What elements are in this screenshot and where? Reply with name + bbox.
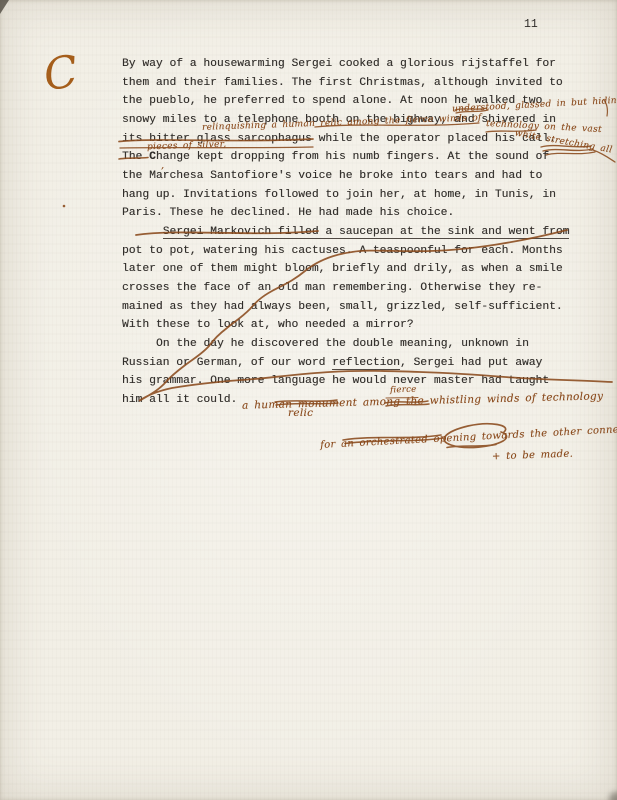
- handwritten-text: among the: [357, 395, 430, 409]
- typed-line: With these to look at, who needed a mirr…: [122, 316, 592, 335]
- margin-mark-c: C: [41, 46, 82, 101]
- bottom-note-2: for an orchestrated opening towards the …: [320, 422, 617, 451]
- bottom-note-2-tail: + to be made.: [492, 449, 573, 463]
- manuscript-page: 11 By way of a housewarming Sergei cooke…: [0, 0, 617, 800]
- handwritten-text: the other connections –: [524, 422, 617, 440]
- struck-handwriting: whistling: [430, 393, 482, 406]
- scan-corner-shadow-bottom: [609, 792, 617, 800]
- typed-text-segment: a saucepan at the sink and went from: [319, 226, 570, 238]
- typed-text-segment: hange kept dropping from his numb finger…: [156, 151, 549, 163]
- handwritten-text: all: [594, 143, 613, 156]
- inserted-comma-mark: ,: [161, 160, 164, 171]
- typed-line: Paris. These he declined. He had made hi…: [122, 204, 592, 223]
- typed-line: hang up. Invitations followed to join he…: [122, 186, 592, 205]
- overstruck-char: C: [149, 151, 156, 163]
- struck-handwriting: an orchestrated opening: [341, 431, 482, 449]
- underlined-text: Sergei Markovich filled a saucepan at th…: [163, 226, 570, 240]
- handwritten-text: for: [320, 439, 341, 451]
- struck-handwriting: towards: [482, 429, 526, 442]
- typed-line: pot to pot, watering his cactuses. A tea…: [122, 242, 592, 261]
- typed-line: By way of a housewarming Sergei cooked a…: [122, 55, 592, 74]
- typed-line: his grammar. One more language he would …: [122, 372, 592, 391]
- typed-text-segment: , Sergei had put away: [400, 357, 542, 369]
- pen-scribble-note2b: [447, 445, 496, 448]
- struck-text: Sergei Markovich filled: [163, 226, 319, 238]
- typed-line: the Marchesa Santofiore's voice he broke…: [122, 167, 592, 186]
- typed-text-segment: Russian or German, of our word: [122, 357, 332, 369]
- struck-text: The: [122, 151, 142, 163]
- ink-speck: [63, 205, 66, 208]
- typed-line: mained as they had always been, small, g…: [122, 298, 592, 317]
- typed-text-segment: [122, 226, 163, 238]
- page-number: 11: [524, 18, 538, 31]
- bottom-note-1-insert-below: relic: [288, 407, 313, 419]
- underlined-text: reflection: [332, 357, 400, 371]
- typed-line: later one of them might bloom, briefly a…: [122, 260, 592, 279]
- typed-line: them and their families. The first Chris…: [122, 74, 592, 93]
- typed-line: The Change kept dropping from his numb f…: [122, 148, 592, 167]
- typed-line: Russian or German, of our word reflectio…: [122, 354, 592, 373]
- typed-line: On the day he discovered the double mean…: [122, 335, 592, 354]
- typed-line: crosses the face of an old man rememberi…: [122, 279, 592, 298]
- scan-corner-shadow: [0, 0, 9, 14]
- typed-line: Sergei Markovich filled a saucepan at th…: [122, 223, 592, 242]
- bottom-note-1-insert-above: fierce: [390, 385, 417, 396]
